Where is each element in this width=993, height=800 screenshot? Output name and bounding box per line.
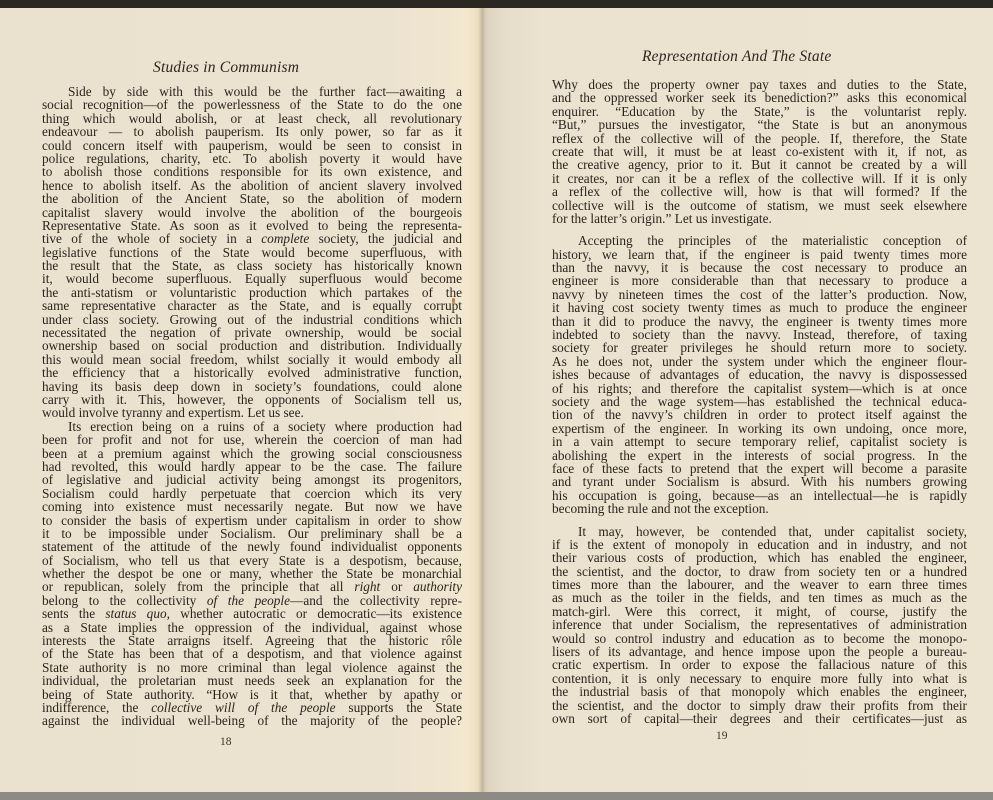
text-line: It may, however, be contended that, unde… [552, 525, 967, 538]
text-line: thing which would abolish, or at least c… [42, 112, 462, 125]
text-line: whether the despot be one or many, wheth… [42, 567, 462, 580]
text-line: had revolted, this would hardly appear t… [42, 460, 462, 473]
text-line: having its basis deep down in society’s … [42, 380, 462, 393]
text-line: of legislative and judicial activity bei… [42, 473, 462, 486]
text-line: inference that under Socialism, the repr… [552, 618, 967, 631]
text-line: it, would become superfluous. Equally su… [42, 272, 462, 285]
text-line: capitalist slavery would involve the abo… [42, 206, 462, 219]
text-line: the abolition of the Ancient State, so t… [42, 192, 462, 205]
text-line: individual, the proletarian must needs s… [42, 674, 462, 687]
text-line: for the latter’s origin.” Let us investi… [552, 212, 967, 225]
text-line: society and the wage system—has establis… [552, 395, 967, 408]
text-line: Accepting the principles of the material… [552, 234, 967, 247]
text-line: sents the status quo, whether autocratic… [42, 607, 462, 620]
text-line: enquirer. “Education by the State,” is t… [552, 105, 967, 118]
text-line: same representative character as the Sta… [42, 299, 462, 312]
text-line: of his rights; and therefore the capital… [552, 382, 967, 395]
text-line: navvy by nineteen times the cost of the … [552, 288, 967, 301]
text-line: could concern itself with pauperism, wou… [42, 139, 462, 152]
text-line: As he does not, under the system under w… [552, 355, 967, 368]
paragraph: Its erection being on a ruins of a socie… [42, 420, 462, 728]
text-line: their various costs of production, which… [552, 551, 967, 564]
text-line: of the State has been that of a despotis… [42, 647, 462, 660]
text-line: necessitated the negation of private own… [42, 326, 462, 339]
text-line: face of these facts to pretend that the … [552, 462, 967, 475]
text-line: match-girl. Were this correct, it might,… [552, 605, 967, 618]
text-line: the anti-statism or voluntaristic produc… [42, 286, 462, 299]
text-line: Representative State. As soon as it evol… [42, 219, 462, 232]
text-line: engineer is more considerable than that … [552, 274, 967, 287]
text-line: carry with it. This, however, the oppone… [42, 393, 462, 406]
text-line: Side by side with this would be the furt… [42, 85, 462, 98]
text-line: tion of the navvy’s children in order to… [552, 408, 967, 421]
text-line: police regulations, charity, etc. To abo… [42, 152, 462, 165]
text-line: and the oppressed worker seek its benedi… [552, 91, 967, 104]
text-line: or republican, solely from the principle… [42, 580, 462, 593]
text-line: would so control industry and education … [552, 632, 967, 645]
text-line: legislative functions of the State would… [42, 246, 462, 259]
scan-bottom-edge [0, 792, 993, 800]
text-line: contention, it is only necessary to enqu… [552, 672, 967, 685]
paragraph: It may, however, be contended that, unde… [552, 525, 967, 726]
text-line: in a vain attempt to secure temporary re… [552, 435, 967, 448]
text-line: the result that the State, as class soci… [42, 259, 462, 272]
text-line: own sort of capital—their degrees and th… [552, 712, 967, 725]
text-line: the scientist, and the doctor, to draw f… [552, 565, 967, 578]
text-line: statement of the attitude of the newly f… [42, 540, 462, 553]
text-line: the industrial basis of that monopoly wh… [552, 685, 967, 698]
text-line: and tyrant under Socialism is absurd. Wi… [552, 475, 967, 488]
text-line: expertism of the engineer. In working it… [552, 422, 967, 435]
paragraph: Side by side with this would be the furt… [42, 85, 462, 420]
text-line: ishes because of advantages of education… [552, 368, 967, 381]
text-line: the efficiency that a historically evolv… [42, 366, 462, 379]
text-line: tive of the whole of society in a comple… [42, 232, 462, 245]
text-line: ownership based on social production and… [42, 339, 462, 352]
text-line: interests the State arraigns itself. Agr… [42, 634, 462, 647]
text-line: Why does the property owner pay taxes an… [552, 78, 967, 91]
text-line: reflex of the collective will of the peo… [552, 132, 967, 145]
text-line: coming into existence must necessarily n… [42, 500, 462, 513]
text-line: lisers of its advantage, and hence impos… [552, 645, 967, 658]
text-line: as a State implies the oppression of the… [42, 621, 462, 634]
text-line: Socialism could hardly perpetuate that c… [42, 487, 462, 500]
text-line: the creative agency, prior to it. But it… [552, 158, 967, 171]
text-line: would involve tyranny and expertism. Let… [42, 406, 462, 419]
text-line: times more than the labourer, and the we… [552, 578, 967, 591]
text-line: indifference, the collective will of the… [42, 701, 462, 714]
text-line: to consider the basis of expertism under… [42, 514, 462, 527]
text-line: this would mean social freedom, whilst s… [42, 353, 462, 366]
page-number-left: 18 [220, 736, 232, 748]
text-line: under class society. Growing out of the … [42, 313, 462, 326]
text-line: indebted to society than the navvy. Inst… [552, 328, 967, 341]
running-head-left: Studies in Communism [153, 59, 299, 77]
text-line: abolishing the expert in the interests o… [552, 449, 967, 462]
text-line: a reflex of the collective will, how is … [552, 185, 967, 198]
text-line: than the navvy, it is because the cost n… [552, 261, 967, 274]
page-number-right: 19 [716, 730, 728, 742]
text-line: been for profit and not for use, wherein… [42, 433, 462, 446]
book-spread: Studies in Communism Side by side with t… [0, 8, 993, 798]
text-line: cratic expertism. In order to expose the… [552, 658, 967, 671]
text-line: being of State authority. “How is it tha… [42, 688, 462, 701]
text-line: Its erection being on a ruins of a socie… [42, 420, 462, 433]
right-page-body: Why does the property owner pay taxes an… [552, 78, 967, 725]
text-line: State authority is no more criminal than… [42, 661, 462, 674]
paragraph: Accepting the principles of the material… [552, 234, 967, 515]
running-head-right: Representation And The State [642, 48, 831, 66]
text-line: “But,” pursues the investigator, “the St… [552, 118, 967, 131]
right-page: Representation And The State Why does th… [482, 8, 993, 798]
paragraph: Why does the property owner pay taxes an… [552, 78, 967, 225]
text-line: create that will, it must be at least co… [552, 145, 967, 158]
text-line: of Socialism, who tell us that every Sta… [42, 554, 462, 567]
text-line: becoming the rule and not the exception. [552, 502, 967, 515]
text-line: it having cost society twenty times as m… [552, 301, 967, 314]
left-page-body: Side by side with this would be the furt… [42, 85, 462, 728]
text-line: if is the extent of monopoly in educatio… [552, 538, 967, 551]
text-line: his occupation is going, because—as an i… [552, 489, 967, 502]
text-line: society for greater privileges he should… [552, 341, 967, 354]
text-line: hence to abolish itself. As the abolitio… [42, 179, 462, 192]
text-line: it to be impossible under Socialism. Our… [42, 527, 462, 540]
left-page: Studies in Communism Side by side with t… [0, 8, 482, 798]
text-line: it creates, nor can it be a reflex of th… [552, 172, 967, 185]
text-line: history, we learn that, if the engineer … [552, 248, 967, 261]
text-line: been at a premium against which the grow… [42, 447, 462, 460]
text-line: as much as the toiler in the fields, and… [552, 591, 967, 604]
text-line: endeavour — to abolish pauperism. Its on… [42, 125, 462, 138]
text-line: collective will is the outcome of statis… [552, 199, 967, 212]
text-line: to abolish those conditions responsible … [42, 165, 462, 178]
text-line: social recognition—of the powerlessness … [42, 98, 462, 111]
text-line: than it did to produce the navvy, the en… [552, 315, 967, 328]
book-gutter [478, 8, 486, 798]
text-line: against the individual well-being of the… [42, 714, 462, 727]
text-line: belong to the collectivity of the people… [42, 594, 462, 607]
text-line: the scientist, and the doctor to simply … [552, 699, 967, 712]
paper-stain [452, 298, 455, 303]
